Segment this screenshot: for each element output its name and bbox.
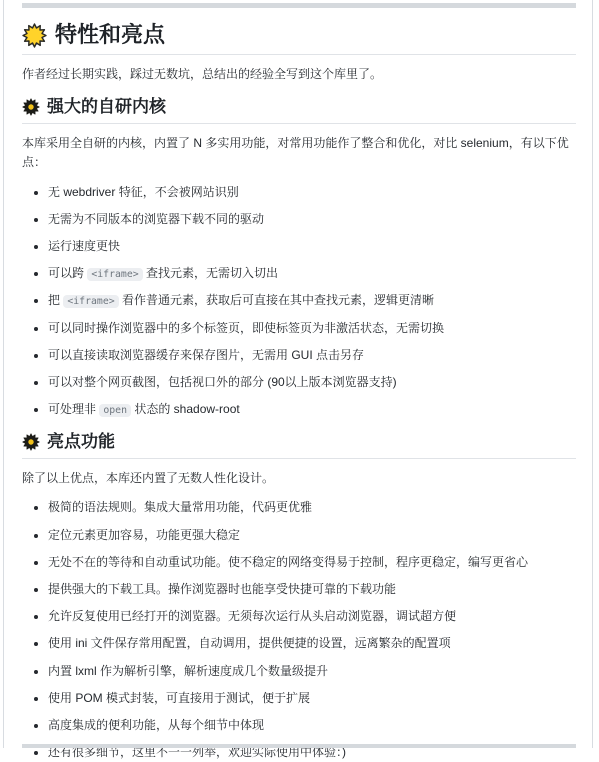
list-item: 可以对整个网页截图，包括视口外的部分 (90以上版本浏览器支持) — [48, 373, 576, 392]
list-item: 无需为不同版本的浏览器下载不同的驱动 — [48, 210, 576, 229]
starburst-yellow-icon — [22, 23, 47, 48]
heading-features: 特性和亮点 — [22, 22, 576, 55]
list-item: 把 <iframe> 看作普通元素，获取后可直接在其中查找元素，逻辑更清晰 — [48, 291, 576, 310]
features-intro: 作者经过长期实践，踩过无数坑，总结出的经验全写到这个库里了。 — [22, 65, 576, 84]
list-item: 使用 ini 文件保存常用配置，自动调用，提供便捷的设置，远离繁杂的配置项 — [48, 634, 576, 653]
list-item: 无处不在的等待和自动重试功能。使不稳定的网络变得易于控制，程序更稳定，编写更省心 — [48, 553, 576, 572]
inline-code: open — [99, 404, 131, 417]
kernel-intro: 本库采用全自研的内核，内置了 N 多实用功能，对常用功能作了整合和优化，对比 s… — [22, 134, 576, 172]
list-item: 高度集成的便利功能，从每个细节中体现 — [48, 716, 576, 735]
list-item: 可处理非 open 状态的 shadow-root — [48, 400, 576, 419]
list-item: 极简的语法规则。集成大量常用功能，代码更优雅 — [48, 498, 576, 517]
list-item: 运行速度更快 — [48, 237, 576, 256]
list-item: 可以跨 <iframe> 查找元素，无需切入切出 — [48, 264, 576, 283]
list-item: 无 webdriver 特征，不会被网站识别 — [48, 183, 576, 202]
list-item: 可以直接读取浏览器缓存来保存图片，无需用 GUI 点击另存 — [48, 346, 576, 365]
kernel-advantages-list: 无 webdriver 特征，不会被网站识别无需为不同版本的浏览器下载不同的驱动… — [22, 183, 576, 420]
inline-code: <iframe> — [63, 295, 118, 308]
dark-star-icon — [22, 433, 40, 451]
highlights-features-list: 极简的语法规则。集成大量常用功能，代码更优雅定位元素更加容易，功能更强大稳定无处… — [22, 498, 576, 748]
list-item: 定位元素更加容易，功能更强大稳定 — [48, 526, 576, 545]
list-item: 提供强大的下载工具。操作浏览器时也能享受快捷可靠的下载功能 — [48, 580, 576, 599]
heading-kernel-text: 强大的自研内核 — [47, 96, 166, 118]
heading-highlights: 亮点功能 — [22, 431, 576, 459]
divider-top — [22, 3, 576, 8]
divider-bottom — [22, 744, 576, 748]
dark-star-icon — [22, 98, 40, 116]
heading-features-text: 特性和亮点 — [55, 22, 165, 48]
list-item: 使用 POM 模式封装，可直接用于测试，便于扩展 — [48, 689, 576, 708]
list-item: 内置 lxml 作为解析引擎，解析速度成几个数量级提升 — [48, 662, 576, 681]
heading-kernel: 强大的自研内核 — [22, 96, 576, 124]
list-item: 允许反复使用已经打开的浏览器。无须每次运行从头启动浏览器，调试超方便 — [48, 607, 576, 626]
list-item: 可以同时操作浏览器中的多个标签页，即使标签页为非激活状态，无需切换 — [48, 319, 576, 338]
readme-document: 特性和亮点 作者经过长期实践，踩过无数坑，总结出的经验全写到这个库里了。 强大的… — [3, 0, 593, 748]
heading-highlights-text: 亮点功能 — [47, 431, 115, 453]
highlights-intro: 除了以上优点，本库还内置了无数人性化设计。 — [22, 469, 576, 488]
inline-code: <iframe> — [87, 268, 142, 281]
